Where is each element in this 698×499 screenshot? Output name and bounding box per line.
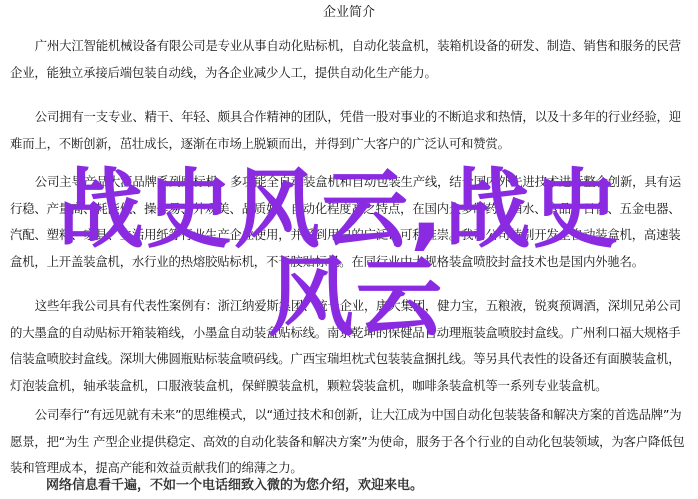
closing-call-to-action: 网络信息看千遍，不如一个电话细致入微的为您介绍，欢迎来电。	[46, 473, 423, 499]
paragraph-cases: 这些年我公司具有代表性案例有：浙江纳爱斯集团、统一企业，康大集团，健力宝，五粮液…	[10, 293, 690, 399]
paragraph-products: 公司主导产品大江品牌系列贴标机，多功能全自动装盒机和自动包装生产线，结合国内外先…	[10, 169, 690, 275]
paragraph-vision: 公司奉行“有远见就有未来”的思维模式，以“通过技术和创新，让大江成为中国自动化包…	[10, 402, 690, 482]
paragraph-team: 公司拥有一支专业、精干、年轻、颇具合作精神的团队，凭借一股对事业的不断追求和热情…	[10, 104, 690, 157]
paragraph-intro: 广州大江智能机械设备有限公司是专业从事自动化贴标机，自动化装盒机，装箱机设备的研…	[10, 33, 690, 86]
document-title: 企业简介	[0, 5, 698, 21]
